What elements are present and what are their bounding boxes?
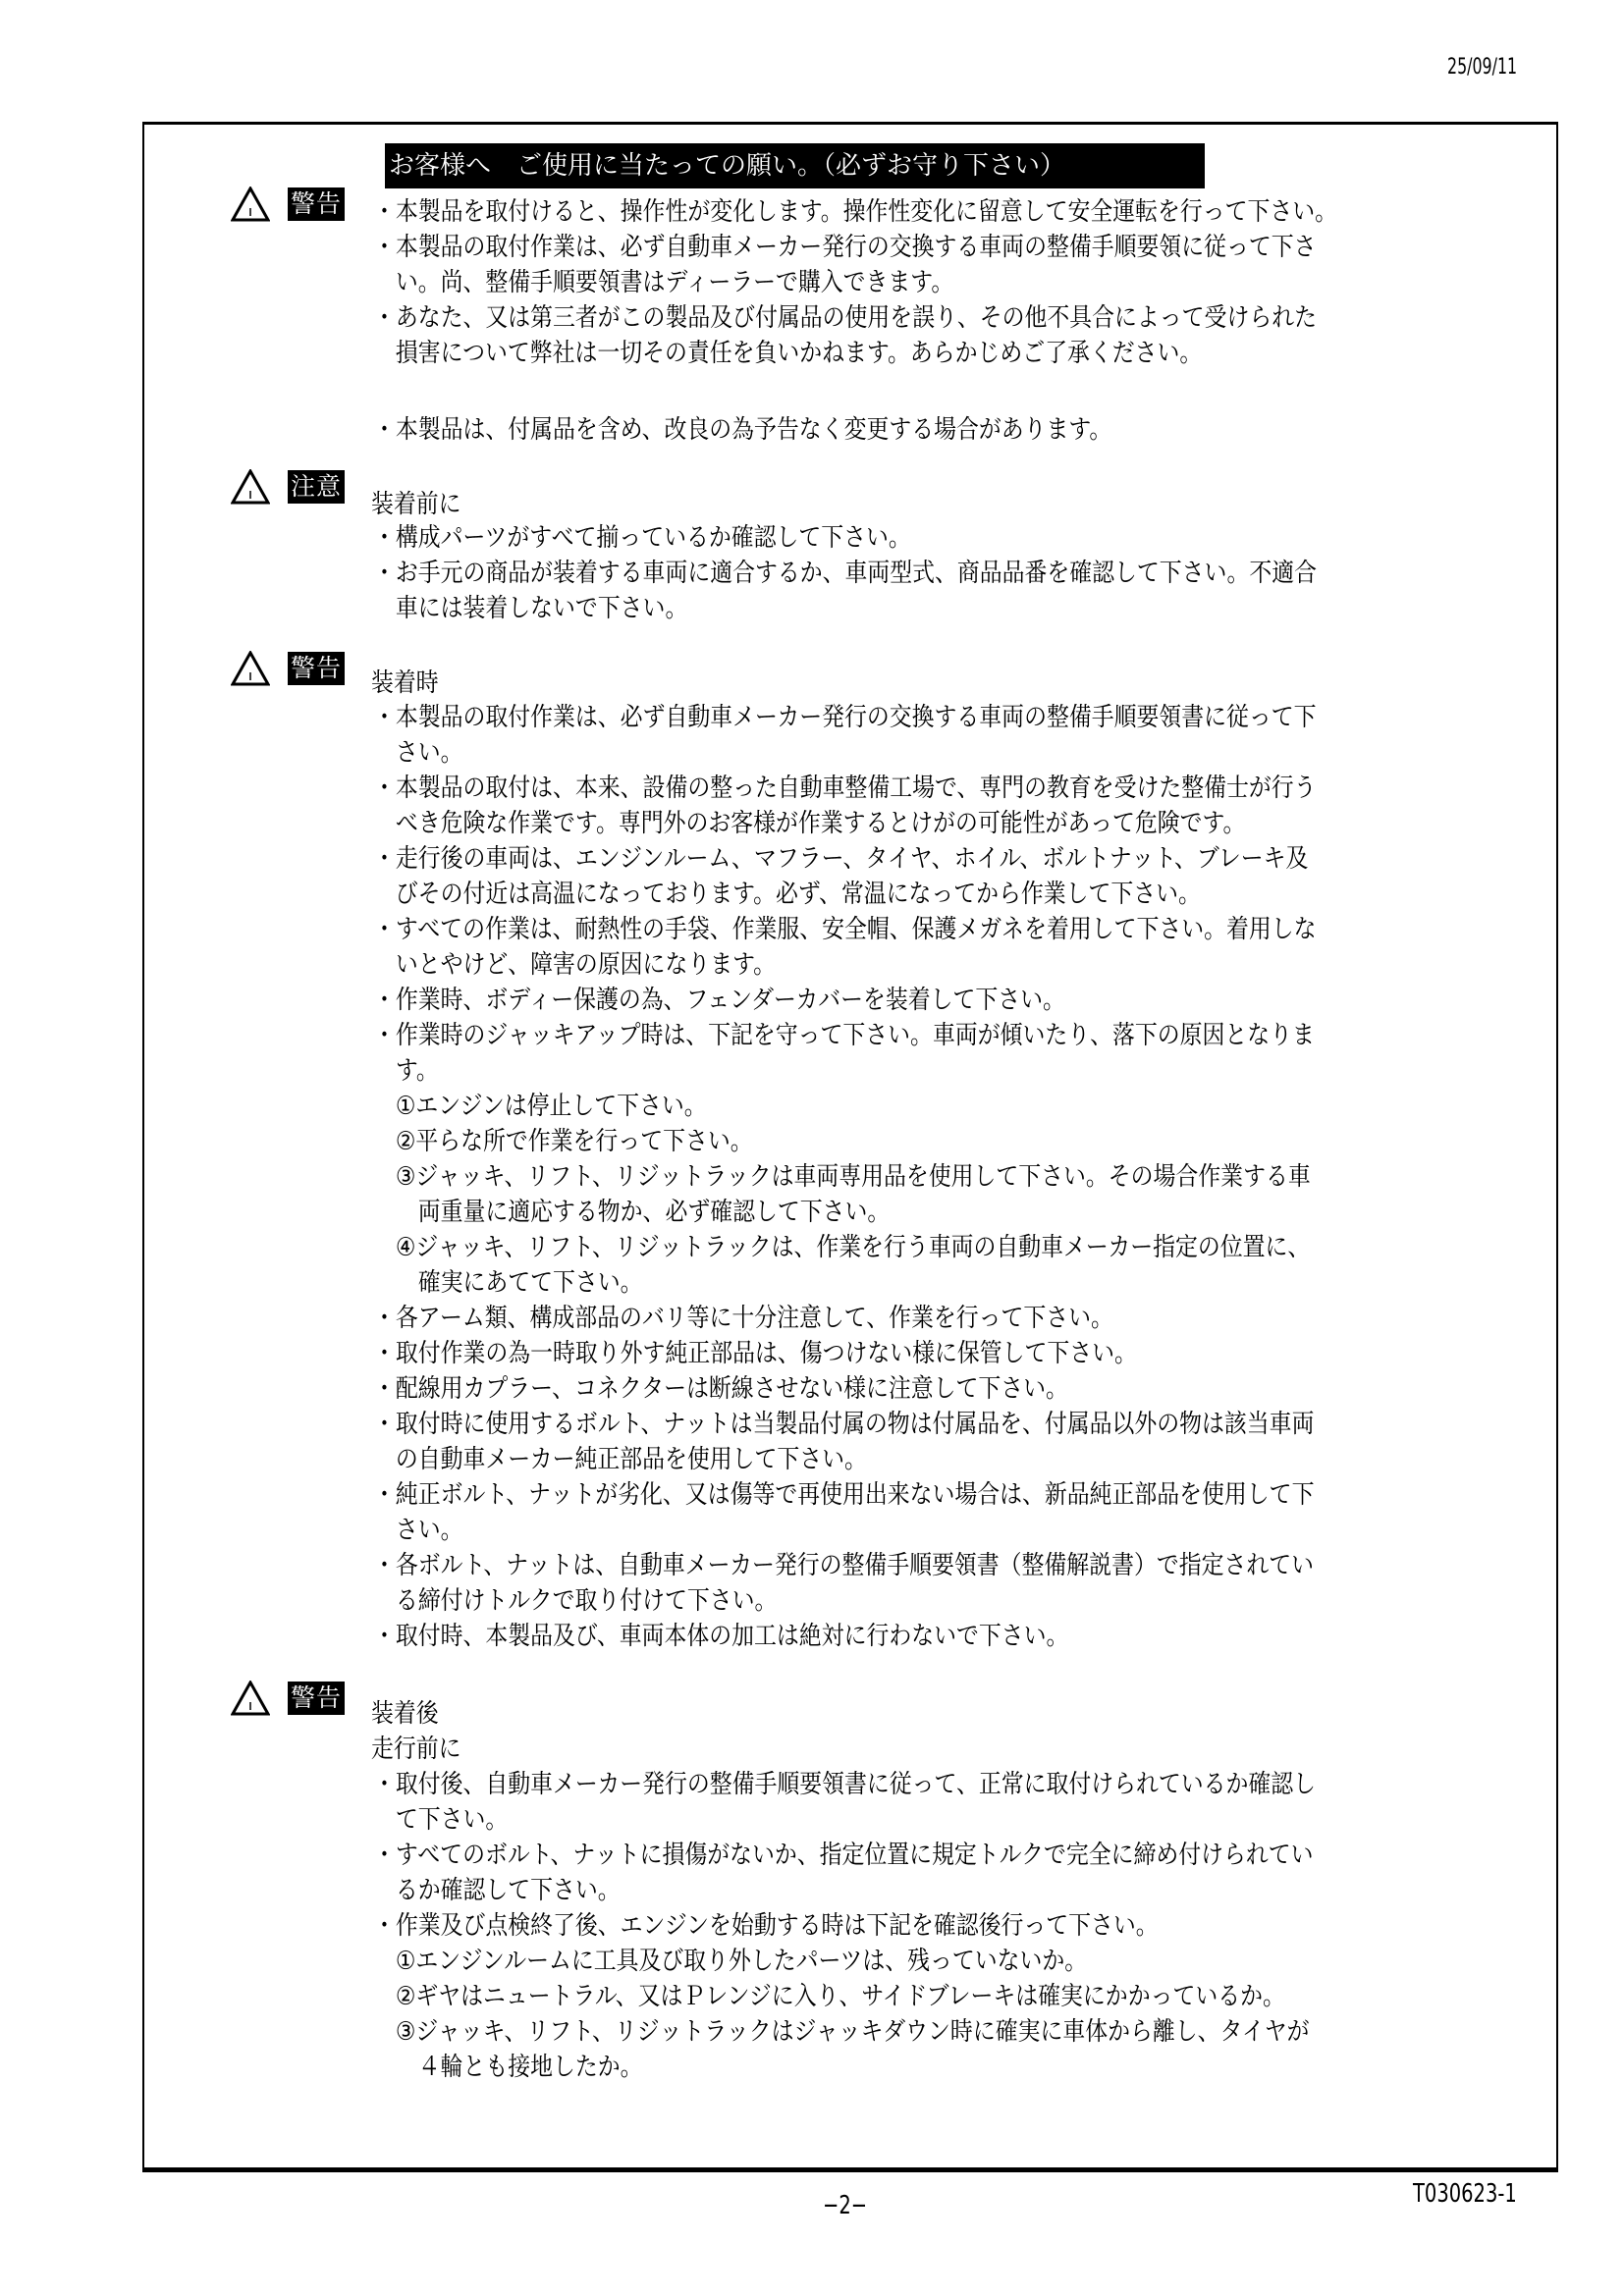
text-line: ・本製品の取付は、本来、設備の整った自動車整備工場で、専門の教育を受けた整備士が… — [373, 771, 1317, 806]
text-line: ・各ボルト、ナットは、自動車メーカー発行の整備手順要領書（整備解説書）で指定され… — [373, 1548, 1314, 1583]
notice-title: お客様へ ご使用に当たっての願い。（必ずお守り下さい） — [385, 143, 1205, 188]
text-line: ・取付作業の為一時取り外す純正部品は、傷つけない様に保管して下さい。 — [373, 1336, 1137, 1371]
text-line: ・構成パーツがすべて揃っているか確認して下さい。 — [373, 520, 911, 556]
text-line: ・本製品の取付作業は、必ず自動車メーカー発行の交換する車両の整備手順要領書に従っ… — [373, 700, 1317, 735]
warning-triangle-icon — [231, 187, 270, 222]
text-line: ③ジャッキ、リフト、リジットラックはジャッキダウン時に確実に車体から離し、タイヤ… — [373, 2014, 1310, 2050]
text-line: ・走行後の車両は、エンジンルーム、マフラー、タイヤ、ホイル、ボルトナット、ブレー… — [373, 841, 1308, 877]
text-line: るか確認して下さい。 — [373, 1873, 621, 1908]
text-line: ①エンジンルームに工具及び取り外したパーツは、残っていないか。 — [373, 1944, 1087, 1979]
section-subheading: 走行前に — [371, 1732, 461, 1767]
text-line: る締付けトルクで取り付けて下さい。 — [373, 1583, 777, 1619]
text-line: さい。 — [373, 1513, 463, 1548]
text-line: 両重量に適応する物か、必ず確認して下さい。 — [373, 1195, 890, 1230]
page-number: −2− — [823, 2191, 867, 2220]
text-line: ・本製品を取付けると、操作性が変化します。操作性変化に留意して安全運転を行って下… — [373, 194, 1337, 230]
document-code: T030623-1 — [1413, 2179, 1517, 2209]
caution-badge: 注意 — [231, 469, 345, 505]
section-heading: 装着前に — [371, 487, 461, 522]
text-line: ・作業時、ボディー保護の為、フェンダーカバーを装着して下さい。 — [373, 983, 1065, 1018]
text-line: ・作業時のジャッキアップ時は、下記を守って下さい。車両が傾いたり、落下の原因とな… — [373, 1018, 1315, 1053]
warning-triangle-icon — [231, 651, 270, 686]
text-line: ②平らな所で作業を行って下さい。 — [373, 1124, 753, 1159]
text-line: ・作業及び点検終了後、エンジンを始動する時は下記を確認後行って下さい。 — [373, 1908, 1159, 1944]
warning-triangle-icon — [231, 469, 270, 505]
text-line: ・純正ボルト、ナットが劣化、又は傷等で再使用出来ない場合は、新品純正部品を使用し… — [373, 1477, 1314, 1513]
text-line: ・配線用カプラー、コネクターは断線させない様に注意して下さい。 — [373, 1371, 1068, 1407]
text-line: の自動車メーカー純正部品を使用して下さい。 — [373, 1442, 867, 1477]
text-line: 確実にあてて下さい。 — [373, 1265, 643, 1301]
warning-badge-2: 警告 — [231, 651, 345, 686]
badge-label: 警告 — [288, 652, 345, 685]
text-line: て下さい。 — [373, 1802, 508, 1838]
badge-label: 注意 — [288, 470, 345, 504]
warning-badge-3: 警告 — [231, 1681, 345, 1716]
warning-badge-1: 警告 — [231, 187, 345, 222]
text-line: す。 — [373, 1053, 439, 1089]
text-line: ②ギヤはニュートラル、又はＰレンジに入り、サイドブレーキは確実にかかっているか。 — [373, 1979, 1285, 2014]
text-line: ・本製品は、付属品を含め、改良の為予告なく変更する場合があります。 — [373, 412, 1111, 448]
badge-label: 警告 — [288, 1682, 345, 1715]
text-line: ・あなた、又は第三者がこの製品及び付属品の使用を誤り、その他不具合によって受けら… — [373, 300, 1317, 336]
text-line: ・取付時に使用するボルト、ナットは当製品付属の物は付属品を、付属品以外の物は該当… — [373, 1407, 1314, 1442]
text-line: ・すべての作業は、耐熱性の手袋、作業服、安全帽、保護メガネを着用して下さい。着用… — [373, 912, 1317, 947]
text-line: いとやけど、障害の原因になります。 — [373, 947, 776, 983]
section-heading: 装着時 — [371, 666, 439, 701]
text-line: ４輪とも接地したか。 — [373, 2050, 643, 2085]
text-line: さい。 — [373, 735, 463, 771]
text-line: ・すべてのボルト、ナットに損傷がないか、指定位置に規定トルクで完全に締め付けられ… — [373, 1838, 1314, 1873]
text-line: ・各アーム類、構成部品のバリ等に十分注意して、作業を行って下さい。 — [373, 1301, 1113, 1336]
text-line: ①エンジンは停止して下さい。 — [373, 1089, 707, 1124]
text-line: 損害について弊社は一切その責任を負いかねます。あらかじめご了承ください。 — [373, 336, 1202, 371]
warning-triangle-icon — [231, 1681, 270, 1716]
text-line: ・お手元の商品が装着する車両に適合するか、車両型式、商品品番を確認して下さい。不… — [373, 556, 1317, 591]
badge-label: 警告 — [288, 187, 345, 221]
text-line: ・本製品の取付作業は、必ず自動車メーカー発行の交換する車両の整備手順要領に従って… — [373, 230, 1317, 265]
text-line: 車には装着しないで下さい。 — [373, 591, 687, 626]
text-line: ③ジャッキ、リフト、リジットラックは車両専用品を使用して下さい。その場合作業する… — [373, 1159, 1311, 1195]
text-line: びその付近は高温になっております。必ず、常温になってから作業して下さい。 — [373, 877, 1201, 912]
text-line: ④ジャッキ、リフト、リジットラックは、作業を行う車両の自動車メーカー指定の位置に… — [373, 1230, 1310, 1265]
section-heading: 装着後 — [371, 1696, 439, 1732]
document-date: 25/09/11 — [1447, 55, 1517, 80]
text-line: べき危険な作業です。専門外のお客様が作業するとけがの可能性があって危険です。 — [373, 806, 1245, 841]
text-line: い。尚、整備手順要領書はディーラーで購入できます。 — [373, 265, 953, 300]
text-line: ・取付後、自動車メーカー発行の整備手順要領書に従って、正常に取付けられているか確… — [373, 1767, 1316, 1802]
text-line: ・取付時、本製品及び、車両本体の加工は絶対に行わないで下さい。 — [373, 1619, 1068, 1654]
